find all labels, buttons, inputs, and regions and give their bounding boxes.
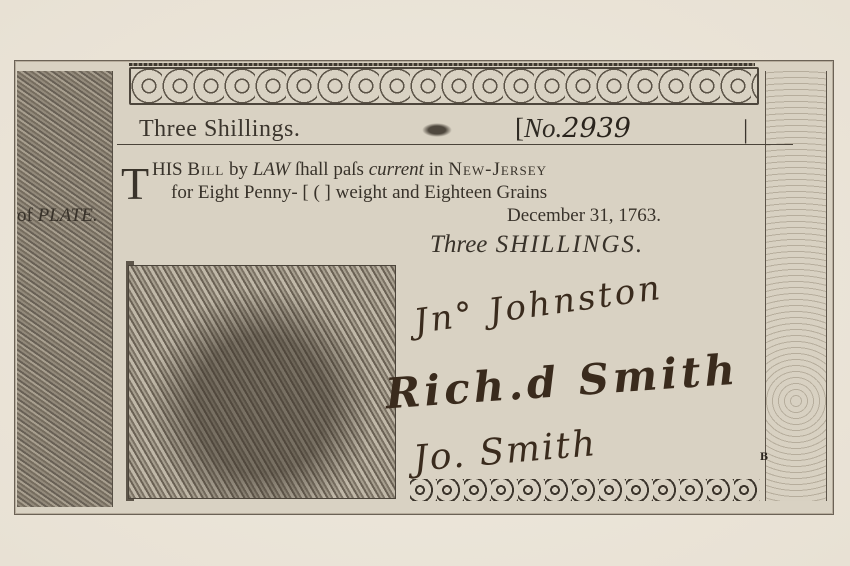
text-in: in xyxy=(429,159,444,180)
signature-1: Jn° Johnston xyxy=(411,268,665,343)
text-of: of xyxy=(17,205,33,226)
top-scroll-border xyxy=(129,67,759,105)
left-decorative-panel xyxy=(17,71,113,507)
body-line-2: for Eight Penny- [ ( ] weight and Eighte… xyxy=(171,182,547,204)
amount-unit: SHILLINGS. xyxy=(496,231,645,258)
text-new-jersey: New-Jersey xyxy=(448,159,547,180)
text-bill: Bill xyxy=(187,159,224,180)
header-divider xyxy=(117,144,793,145)
bottom-scroll-ornament xyxy=(410,479,760,501)
serial-value: 2939 xyxy=(562,113,631,144)
serial-bracket-close: | xyxy=(743,115,748,145)
plate-letter: B xyxy=(760,449,768,464)
animal-emblem-icon xyxy=(422,123,452,137)
amount-line: Three SHILLINGS. xyxy=(430,231,644,259)
body-line-1: HIS Bill by LAW ſhall paſs current in Ne… xyxy=(152,159,547,181)
text-by: by xyxy=(229,159,248,180)
serial-number: [No.2939 xyxy=(515,113,631,144)
issue-date: December 31, 1763. xyxy=(507,205,661,227)
signatures-area: Jn° Johnston Rich.d Smith Jo. Smith xyxy=(345,271,815,491)
body-line-3: of PLATE. xyxy=(17,205,98,227)
banknote: Three Shillings. [No.2939 | T HIS Bill b… xyxy=(14,60,834,515)
text-law: LAW xyxy=(253,159,290,180)
signature-3: Jo. Smith xyxy=(412,423,599,480)
text-current: current xyxy=(369,159,424,180)
text-shall-pass: ſhall paſs xyxy=(295,159,364,180)
denomination-header: Three Shillings. xyxy=(139,116,300,143)
drop-cap: T xyxy=(121,161,149,207)
text-plate: PLATE. xyxy=(38,205,98,226)
serial-prefix: No. xyxy=(524,113,562,143)
top-border-rule xyxy=(129,63,755,66)
signature-2: Rich.d Smith xyxy=(384,345,741,419)
text-his: HIS xyxy=(152,159,183,180)
amount-word: Three xyxy=(430,231,487,258)
serial-bracket-open: [ xyxy=(515,113,524,143)
